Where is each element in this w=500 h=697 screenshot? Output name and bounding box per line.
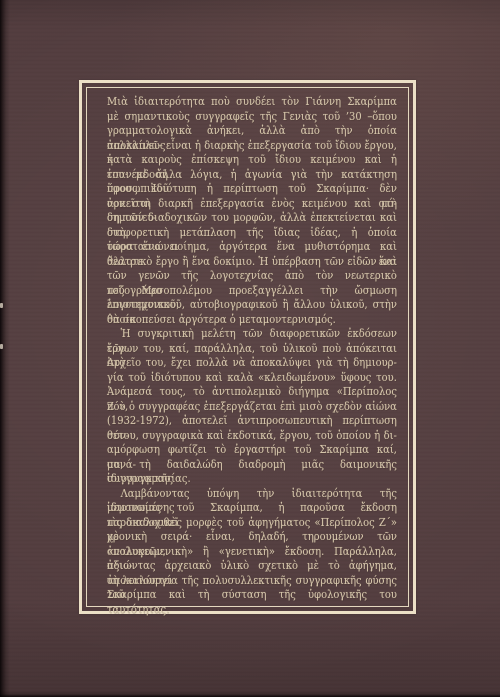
text-line: νον στὴ διαρκῆ ἐπεξεργασία ἑνὸς κειμένου… (107, 197, 397, 212)
text-line: γραμματολογικὰ ἀνήκει, ἀλλὰ ἀπὸ τὴν ὁποί… (107, 124, 397, 139)
text-line: Λαμβάνοντας ὑπόψη τὴν ἰδιαιτερότητα τῆς … (107, 487, 397, 502)
text-line: (1932-1972), ἀποτελεῖ ἀντιπροσωπευτικὴ π… (107, 414, 397, 429)
text-line: τῶν γενῶν τῆς λογοτεχνίας ἀπὸ τὸν νεωτερ… (107, 269, 397, 284)
text-line: ἀποκλίνει– εἶναι ἡ διαρκὴς ἐπεξεργασία τ… (107, 139, 397, 154)
text-line: διαφορετικὴ μετάπλαση τῆς ἴδιας ἰδέας, ἡ… (107, 226, 397, 241)
text-line: Ἡ συγκριτικὴ μελέτη τῶν διαφορετικῶν ἐκδ… (107, 327, 397, 342)
text-line: τώρα ἕνα ποίημα, ἀργότερα ἕνα μυθιστόρημ… (107, 240, 397, 255)
text-line: του· μὲ ἄλλα λόγια, ἡ ἀγωνία γιὰ τὴν κατ… (107, 168, 397, 183)
text-line: «πολυκειμενικὴ» ἢ «γενετικὴ» ἔκδοση. Παρ… (107, 545, 397, 560)
text-line: Ἀρχεῖο του, ἔχει πολλὰ νὰ ἀποκαλύψει γιὰ… (107, 356, 397, 371)
text-line: ἔργων του, καί, παράλληλα, τοῦ ὑλικοῦ πο… (107, 342, 397, 357)
text-line: κατὰ καιροὺς ἐπίσκεψη τοῦ ἴδιου κειμένου… (107, 153, 397, 168)
text-line: γία τοῦ ἰδιότυπου καὶ καλὰ «κλειδωμένου»… (107, 371, 397, 386)
text-line: θετου, συγγραφικὰ καὶ ἐκδοτικά, ἔργου, τ… (107, 429, 397, 444)
text-line: ποὺ ὁ συγγραφέας ἐπεξεργάζεται ἐπὶ μισὸ … (107, 400, 397, 415)
text-line: ἰδιοτυπίας τοῦ Σκαρίμπα, ἡ παροῦσα ἔκδοσ… (107, 501, 397, 516)
text-line: Μιὰ ἰδιαιτερότητα ποὺ συνδέει τὸν Γιάννη… (107, 95, 397, 110)
text-line: τὴ λειτουργία τῆς πολυσυλλεκτικῆς συγγρα… (107, 574, 397, 589)
text-line: αμόρφωση φωτίζει τὸ ἐργαστήρι τοῦ Σκαρίμ… (107, 443, 397, 458)
text-line: ποιώντας ἀρχειακὸ ὑλικὸ σχετικὸ μὲ τὸ ἀφ… (107, 559, 397, 574)
text-line: χρονικὴ σειρά· εἶναι, δηλαδή, τηρουμένων… (107, 530, 397, 545)
scan-speck (0, 303, 3, 308)
text-line: μὲ σημαντικοὺς συγγραφεῖς τῆς Γενιὰς τοῦ… (107, 110, 397, 125)
text-line: τὶς διαδοχικὲς μορφὲς τοῦ ἀφηγήματος «Πε… (107, 516, 397, 531)
blurb-text-block: Μιὰ ἰδιαιτερότητα ποὺ συνδέει τὸν Γιάννη… (107, 95, 397, 603)
text-line: ἐπιστημονικοῦ, αὐτοβιογραφικοῦ ἢ ἄλλου ὑ… (107, 298, 397, 313)
text-line: θὰ σκοπεύσει ἀργότερα ὁ μεταμοντερνισμός… (107, 313, 397, 328)
book-page: Μιὰ ἰδιαιτερότητα ποὺ συνδέει τὸν Γιάννη… (0, 0, 500, 697)
text-line: ὕφους. Ἰδιότυπη ἡ περίπτωση τοῦ Σκαρίμπα… (107, 182, 397, 197)
text-line: ση τῶν διαδοχικῶν του μορφῶν, ἀλλὰ ἐπεκτ… (107, 211, 397, 226)
text-line: τοῦ Μεσοπολέμου προεξαγγέλλει τὴν ὤσμωση… (107, 284, 397, 299)
text-line: Σκαρίμπα καὶ τὴ σύσταση τῆς ὑφολογικῆς τ… (107, 588, 397, 603)
text-line: ἰδιοσυγκρασίας. (107, 472, 397, 487)
scan-speck (0, 344, 3, 349)
text-line: θεατρικὸ ἔργο ἢ ἕνα δοκίμιο. Ἡ ὑπέρβαση … (107, 255, 397, 270)
text-line: μα, τὴ δαιδαλώδη διαδρομὴ μιᾶς δαιμονικῆ… (107, 458, 397, 473)
text-line: Ἀνάμεσά τους, τὸ ἀντιπολεμικὸ διήγημα «Π… (107, 385, 397, 400)
